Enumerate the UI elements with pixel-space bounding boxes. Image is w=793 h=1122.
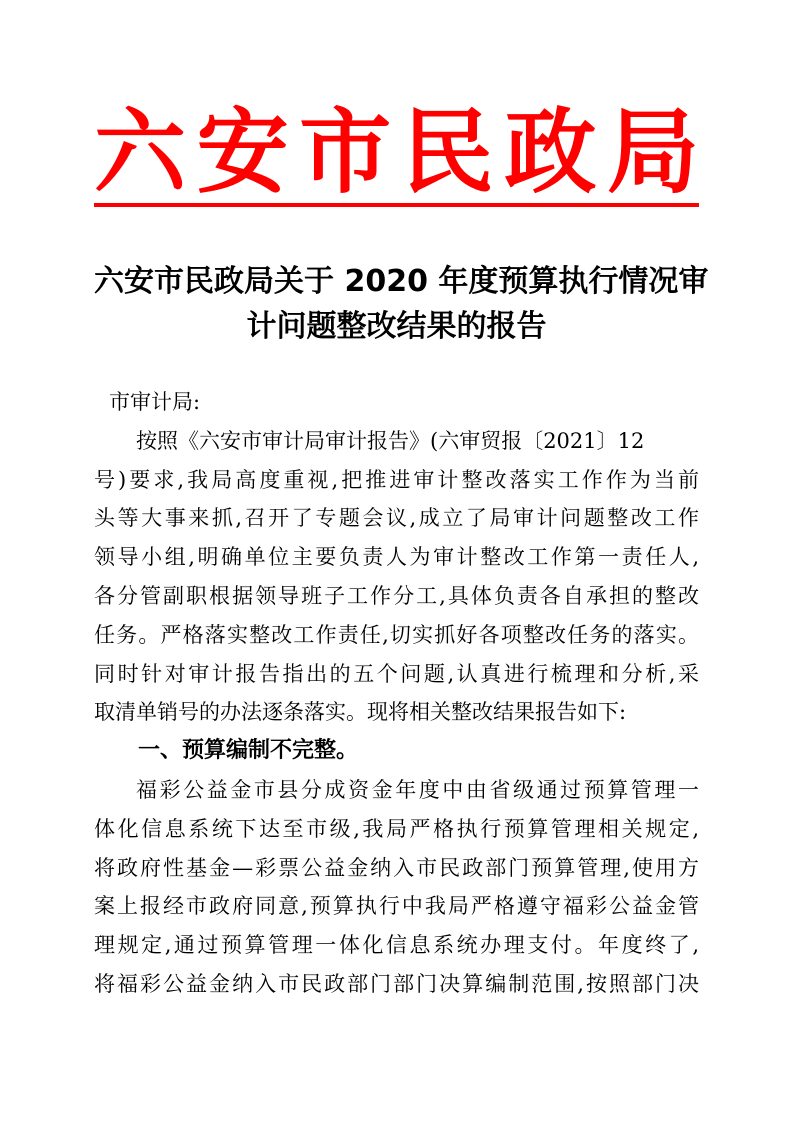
title-line-1: 六安市民政局关于 2020 年度预算执行情况审 [94, 259, 699, 304]
body-line: 理规定,通过预算管理一体化信息系统办理支付。年度终了, [94, 926, 699, 965]
body-line: 各分管副职根据领导班子工作分工,具体负责各自承担的整改 [94, 577, 699, 616]
document-body: 市审计局: 按照《六安市审计局审计报告》(六审贸报〔2021〕12 号)要求,我… [94, 383, 699, 1004]
body-line: 将福彩公益金纳入市民政部门部门决算编制范围,按照部门决 [94, 965, 699, 1004]
body-line: 按照《六安市审计局审计报告》(六审贸报〔2021〕12 [94, 422, 699, 461]
letterhead-char: 局 [607, 105, 699, 199]
document-page: 六 安 市 民 政 局 六安市民政局关于 2020 年度预算执行情况审 计问题整… [0, 0, 793, 1122]
body-line: 体化信息系统下达至市级,我局严格执行预算管理相关规定, [94, 810, 699, 849]
body-line: 任务。严格落实整改工作责任,切实抓好各项整改任务的落实。 [94, 616, 699, 655]
body-line: 号)要求,我局高度重视,把推进审计整改落实工作作为当前 [94, 461, 699, 500]
letterhead-banner: 六 安 市 民 政 局 [94, 105, 699, 207]
body-line: 同时针对审计报告指出的五个问题,认真进行梳理和分析,采 [94, 655, 699, 694]
document-title: 六安市民政局关于 2020 年度预算执行情况审 计问题整改结果的报告 [94, 259, 699, 349]
title-line-2: 计问题整改结果的报告 [94, 304, 699, 349]
letterhead-char: 政 [504, 105, 596, 199]
salutation: 市审计局: [94, 383, 699, 422]
body-line: 领导小组,明确单位主要负责人为审计整改工作第一责任人, [94, 538, 699, 577]
body-line: 案上报经市政府同意,预算执行中我局严格遵守福彩公益金管 [94, 887, 699, 926]
body-line: 取清单销号的办法逐条落实。现将相关整改结果报告如下: [94, 693, 699, 732]
letterhead-char: 民 [402, 105, 494, 199]
letterhead-char: 六 [94, 105, 186, 199]
letterhead-char: 安 [197, 105, 289, 199]
section-heading-1: 一、预算编制不完整。 [94, 732, 699, 771]
body-line: 头等大事来抓,召开了专题会议,成立了局审计问题整改工作 [94, 499, 699, 538]
body-line: 福彩公益金市县分成资金年度中由省级通过预算管理一 [94, 771, 699, 810]
letterhead-char: 市 [299, 105, 391, 199]
body-line: 将政府性基金—彩票公益金纳入市民政部门预算管理,使用方 [94, 849, 699, 888]
